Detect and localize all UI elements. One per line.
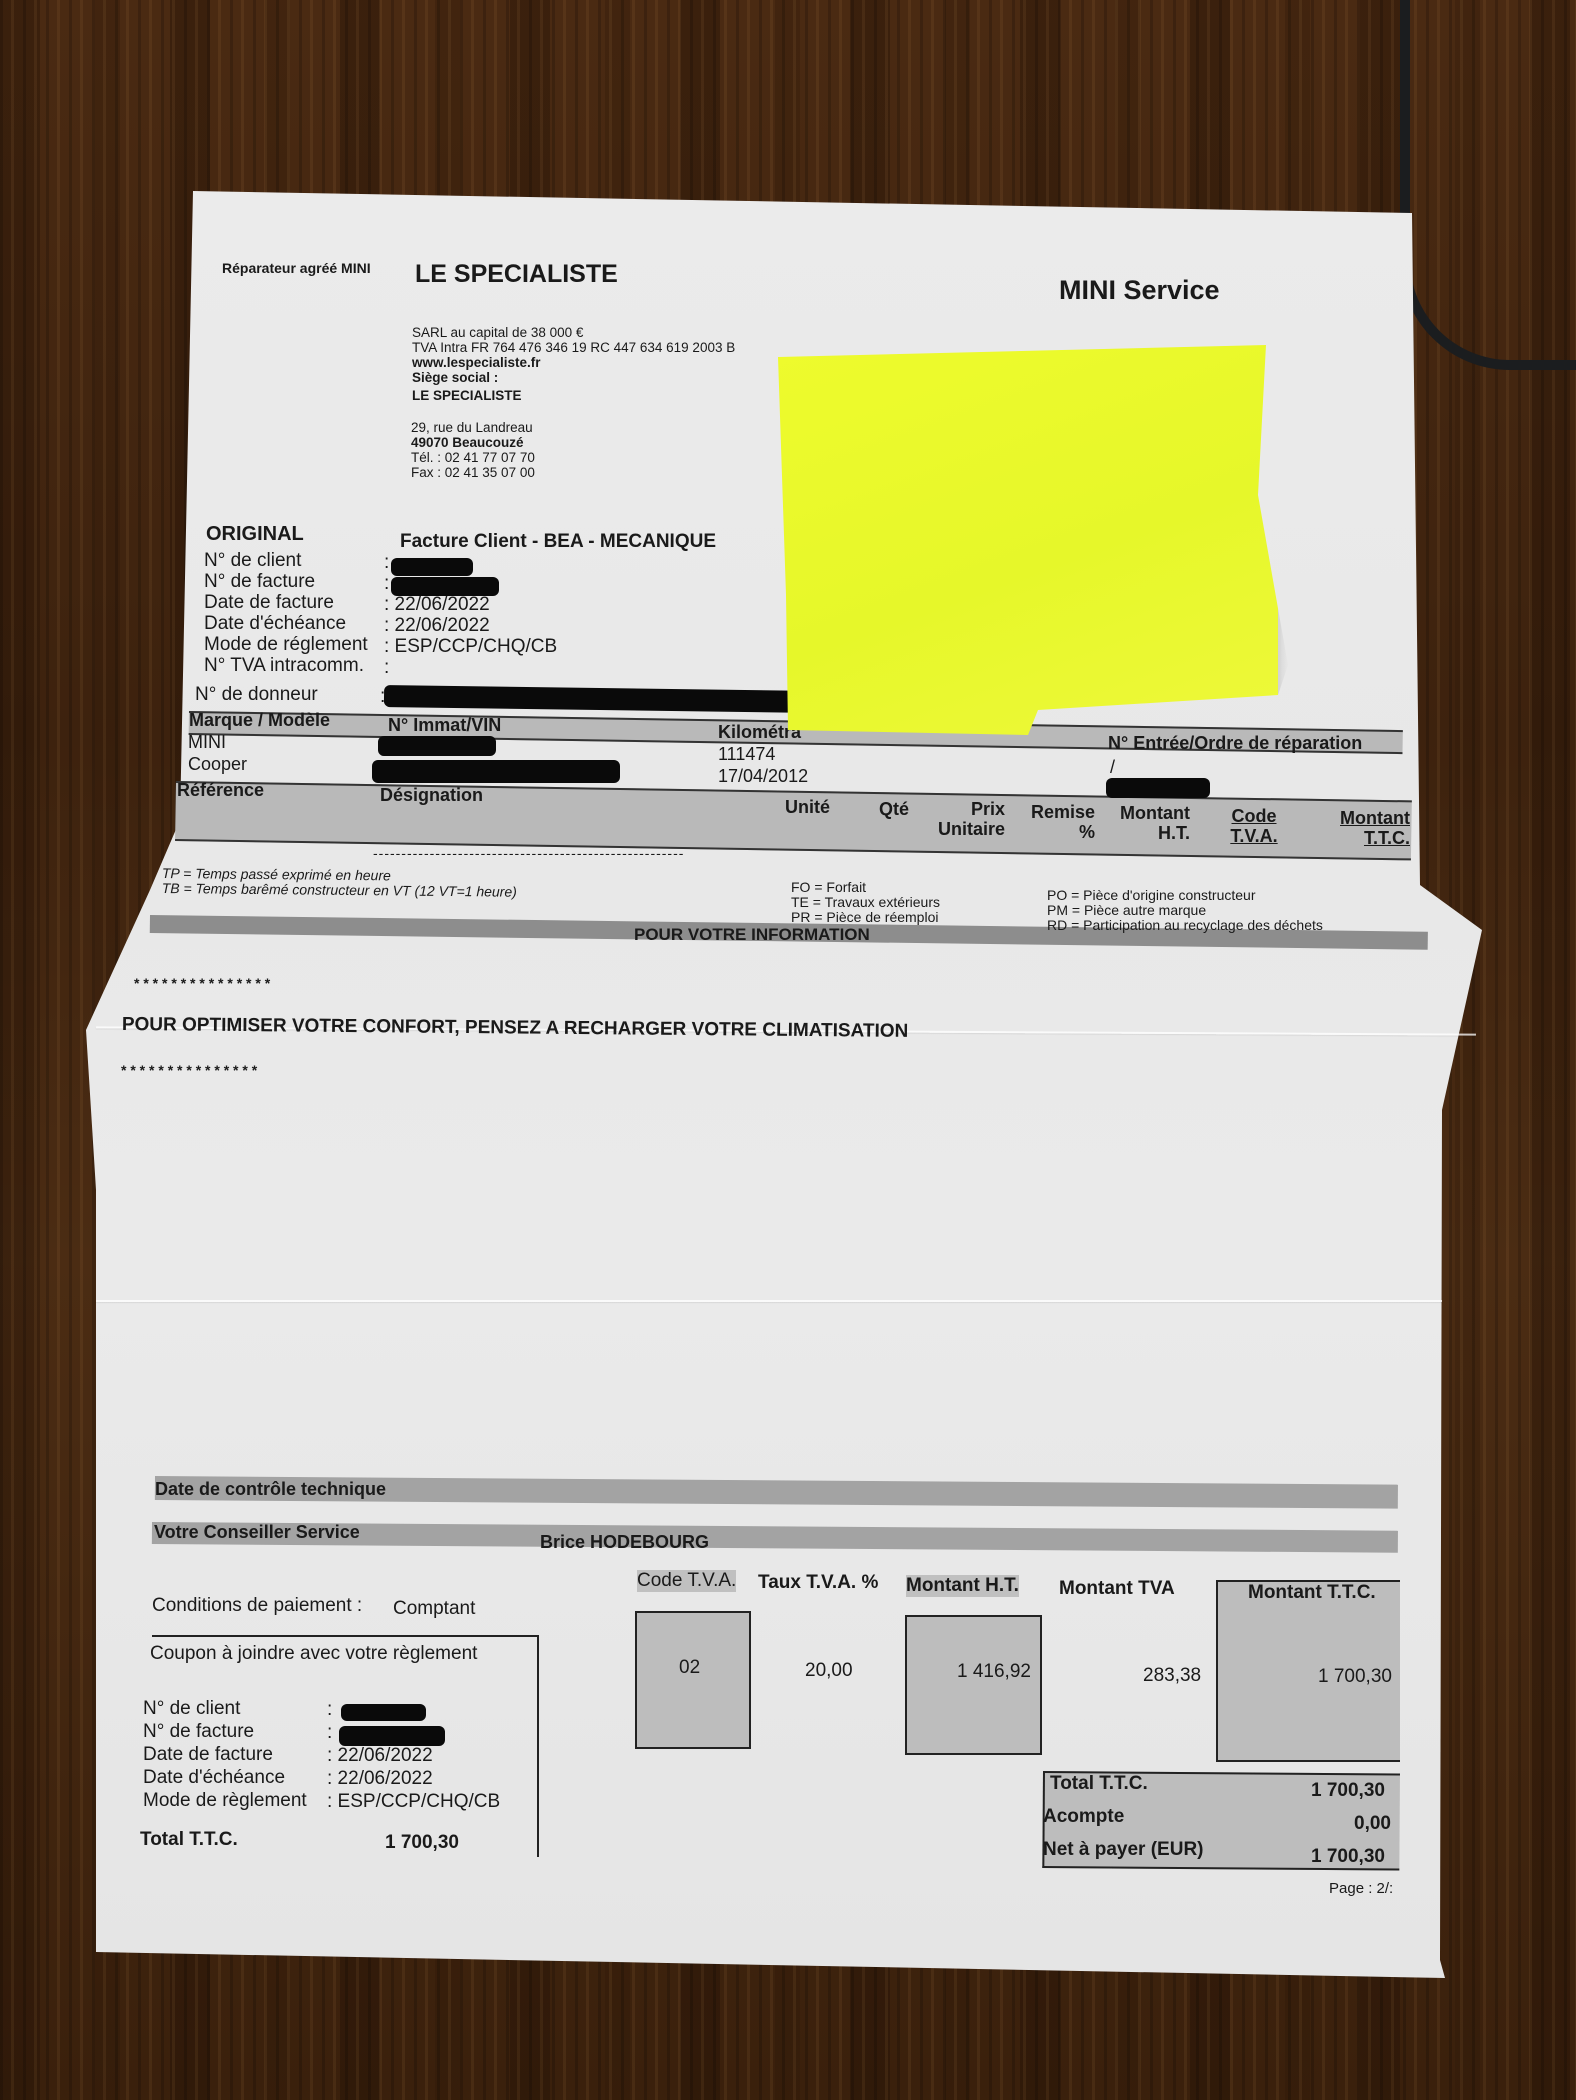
info-band-title: POUR VOTRE INFORMATION [634, 925, 870, 945]
deposit-label: Acompte [1043, 1806, 1124, 1828]
discount-header-line1: Remise [1015, 802, 1095, 822]
coupon-total-label: Total T.T.C. [140, 1829, 238, 1851]
donneur-label: N° de donneur [195, 684, 318, 705]
deposit-value: 0,00 [1354, 1813, 1391, 1835]
paper-fold-line [96, 1300, 1442, 1302]
redaction [1106, 778, 1210, 798]
amount-ht-box [905, 1615, 1042, 1755]
vehicle-make: MINI [188, 731, 247, 753]
repair-order-header: N° Entrée/Ordre de réparation [1108, 733, 1362, 754]
page-indicator: Page : 2/: [1329, 1880, 1393, 1897]
amount-ht-col-header: Montant H.T. [906, 1575, 1019, 1597]
stars-top: * * * * * * * * * * * * * * * [134, 975, 270, 991]
invoice-number-label: N° de facture [204, 571, 368, 592]
redaction [341, 1704, 426, 1721]
pm-legend: PM = Pièce autre marque [1047, 903, 1323, 918]
vat-code-value: 02 [679, 1657, 700, 1679]
coupon-mode-label: Mode de règlement [143, 1789, 307, 1812]
stars-bottom: * * * * * * * * * * * * * * * [121, 1062, 257, 1078]
vat-code-col-header: Code T.V.A. [637, 1570, 736, 1592]
discount-header: Remise % [1015, 802, 1095, 842]
redaction [378, 736, 496, 756]
vat-rate-value: 20,00 [805, 1660, 853, 1682]
te-legend: TE = Travaux extérieurs [791, 895, 940, 910]
net-to-pay-value: 1 700,30 [1311, 1846, 1385, 1868]
redaction [391, 558, 473, 576]
qty-header: Qté [879, 799, 909, 820]
amount-ttc-header: Montant T.T.C. [1318, 808, 1410, 848]
coupon-field-labels: N° de client N° de facture Date de factu… [143, 1697, 307, 1812]
unit-header: Unité [785, 797, 830, 818]
coupon-due-label: Date d'échéance [143, 1766, 307, 1789]
amount-ht-header: Montant H.T. [1102, 803, 1190, 843]
amount-ttc-col-header: Montant T.T.C. [1248, 1582, 1376, 1604]
capital-line: SARL au capital de 38 000 € [412, 325, 735, 340]
total-ttc-label: Total T.T.C. [1050, 1773, 1148, 1795]
invoice-field-labels: N° de client N° de facture Date de factu… [204, 550, 368, 676]
cable [1400, 0, 1576, 370]
vat-code-header: Code T.V.A. [1218, 806, 1290, 846]
redaction [372, 760, 620, 783]
make-model-header: Marque / Modèle [189, 710, 330, 731]
sticky-note [778, 345, 1278, 735]
coupon-total-value: 1 700,30 [385, 1832, 459, 1854]
amount-ttc-value: 1 700,30 [1318, 1666, 1392, 1688]
designation-header: Désignation [380, 785, 483, 806]
vat-code-header-line1: Code [1218, 806, 1290, 826]
head-office-name: LE SPECIALISTE [412, 388, 735, 403]
fo-legend: FO = Forfait [791, 880, 940, 895]
first-registration-date: 17/04/2012 [718, 765, 808, 787]
client-number-label: N° de client [204, 550, 368, 571]
payment-mode-value: : ESP/CCP/CHQ/CB [384, 636, 557, 657]
vat-code-header-line2: T.V.A. [1218, 826, 1290, 846]
coupon-invoice-label: N° de facture [143, 1720, 307, 1743]
payment-conditions-value: Comptant [393, 1598, 475, 1620]
due-date-label: Date d'échéance [204, 613, 368, 634]
brand-name: MINI Service [1059, 275, 1220, 306]
net-to-pay-label: Net à payer (EUR) [1043, 1839, 1204, 1861]
plate-vin-header: N° Immat/VIN [388, 715, 501, 736]
amount-ht-value: 1 416,92 [957, 1661, 1031, 1683]
coupon-date-label: Date de facture [143, 1743, 307, 1766]
unit-price-header-line2: Unitaire [925, 819, 1005, 839]
amount-ht-header-line2: H.T. [1102, 823, 1190, 843]
redaction [391, 577, 499, 596]
time-legend: TP = Temps passé exprimé en heure TB = T… [162, 866, 517, 900]
coupon-due-value: : 22/06/2022 [327, 1767, 500, 1790]
pr-legend: PR = Pièce de réemploi [791, 910, 940, 925]
tagline: Réparateur agréé MINI [222, 260, 371, 276]
address: 29, rue du Landreau 49070 Beaucouzé Tél.… [411, 420, 535, 480]
unit-price-header-line1: Prix [925, 799, 1005, 819]
city: 49070 Beaucouzé [411, 435, 535, 450]
company-name: LE SPECIALISTE [415, 260, 618, 289]
table-separator: ----------------------------------------… [373, 845, 684, 861]
copy-label: ORIGINAL [206, 523, 304, 546]
redaction [339, 1726, 445, 1746]
legal-info: SARL au capital de 38 000 € TVA Intra FR… [412, 325, 735, 403]
coupon-title: Coupon à joindre avec votre règlement [150, 1643, 477, 1665]
payment-conditions-label: Conditions de paiement : [152, 1595, 362, 1617]
coupon-date-value: : 22/06/2022 [327, 1744, 500, 1767]
invoice-date-value: : 22/06/2022 [384, 594, 557, 615]
fax: Fax : 02 41 35 07 00 [411, 465, 535, 480]
vat-rc-line: TVA Intra FR 764 476 346 19 RC 447 634 6… [412, 340, 735, 355]
vat-code-box [635, 1611, 751, 1749]
amount-ttc-header-line2: T.T.C. [1318, 828, 1410, 848]
phone: Tél. : 02 41 77 07 70 [411, 450, 535, 465]
vat-rate-col-header: Taux T.V.A. % [758, 1572, 878, 1594]
technical-control-label: Date de contrôle technique [155, 1479, 386, 1500]
rd-legend: RD = Participation au recyclage des déch… [1047, 918, 1323, 933]
repair-order-value: / [1110, 757, 1115, 778]
vat-amount-col-header: Montant TVA [1059, 1578, 1175, 1600]
street: 29, rue du Landreau [411, 420, 535, 435]
advisor-name: Brice HODEBOURG [540, 1532, 709, 1553]
advisor-label: Votre Conseiller Service [154, 1522, 360, 1543]
po-legend: PO = Pièce d'origine constructeur [1047, 888, 1323, 903]
invoice-date-label: Date de facture [204, 592, 368, 613]
vehicle-model: Cooper [188, 753, 247, 775]
work-type-legend: FO = Forfait TE = Travaux extérieurs PR … [791, 880, 940, 925]
due-date-value: : 22/06/2022 [384, 615, 557, 636]
coupon-mode-value: : ESP/CCP/CHQ/CB [327, 1790, 500, 1813]
vehicle-mileage: 111474 [718, 743, 808, 765]
vat-amount-value: 283,38 [1143, 1665, 1201, 1687]
vehicle-mileage-block: 111474 17/04/2012 [718, 743, 808, 787]
vehicle-make-model: MINI Cooper [188, 731, 247, 775]
head-office-label: Siège social : [412, 370, 735, 385]
unit-price-header: Prix Unitaire [925, 799, 1005, 839]
reference-header: Référence [177, 780, 264, 801]
vat-intracomm-label: N° TVA intracomm. [204, 655, 368, 676]
total-ttc-value: 1 700,30 [1311, 1780, 1385, 1802]
discount-header-line2: % [1015, 822, 1095, 842]
website-link[interactable]: www.lespecialiste.fr [412, 355, 735, 370]
amount-ttc-header-line1: Montant [1318, 808, 1410, 828]
payment-mode-label: Mode de réglement [204, 634, 368, 655]
coupon-client-label: N° de client [143, 1697, 307, 1720]
part-type-legend: PO = Pièce d'origine constructeur PM = P… [1047, 888, 1323, 933]
vat-intracomm-value: : [384, 657, 557, 678]
invoice-title: Facture Client - BEA - MECANIQUE [400, 531, 716, 553]
amount-ht-header-line1: Montant [1102, 803, 1190, 823]
